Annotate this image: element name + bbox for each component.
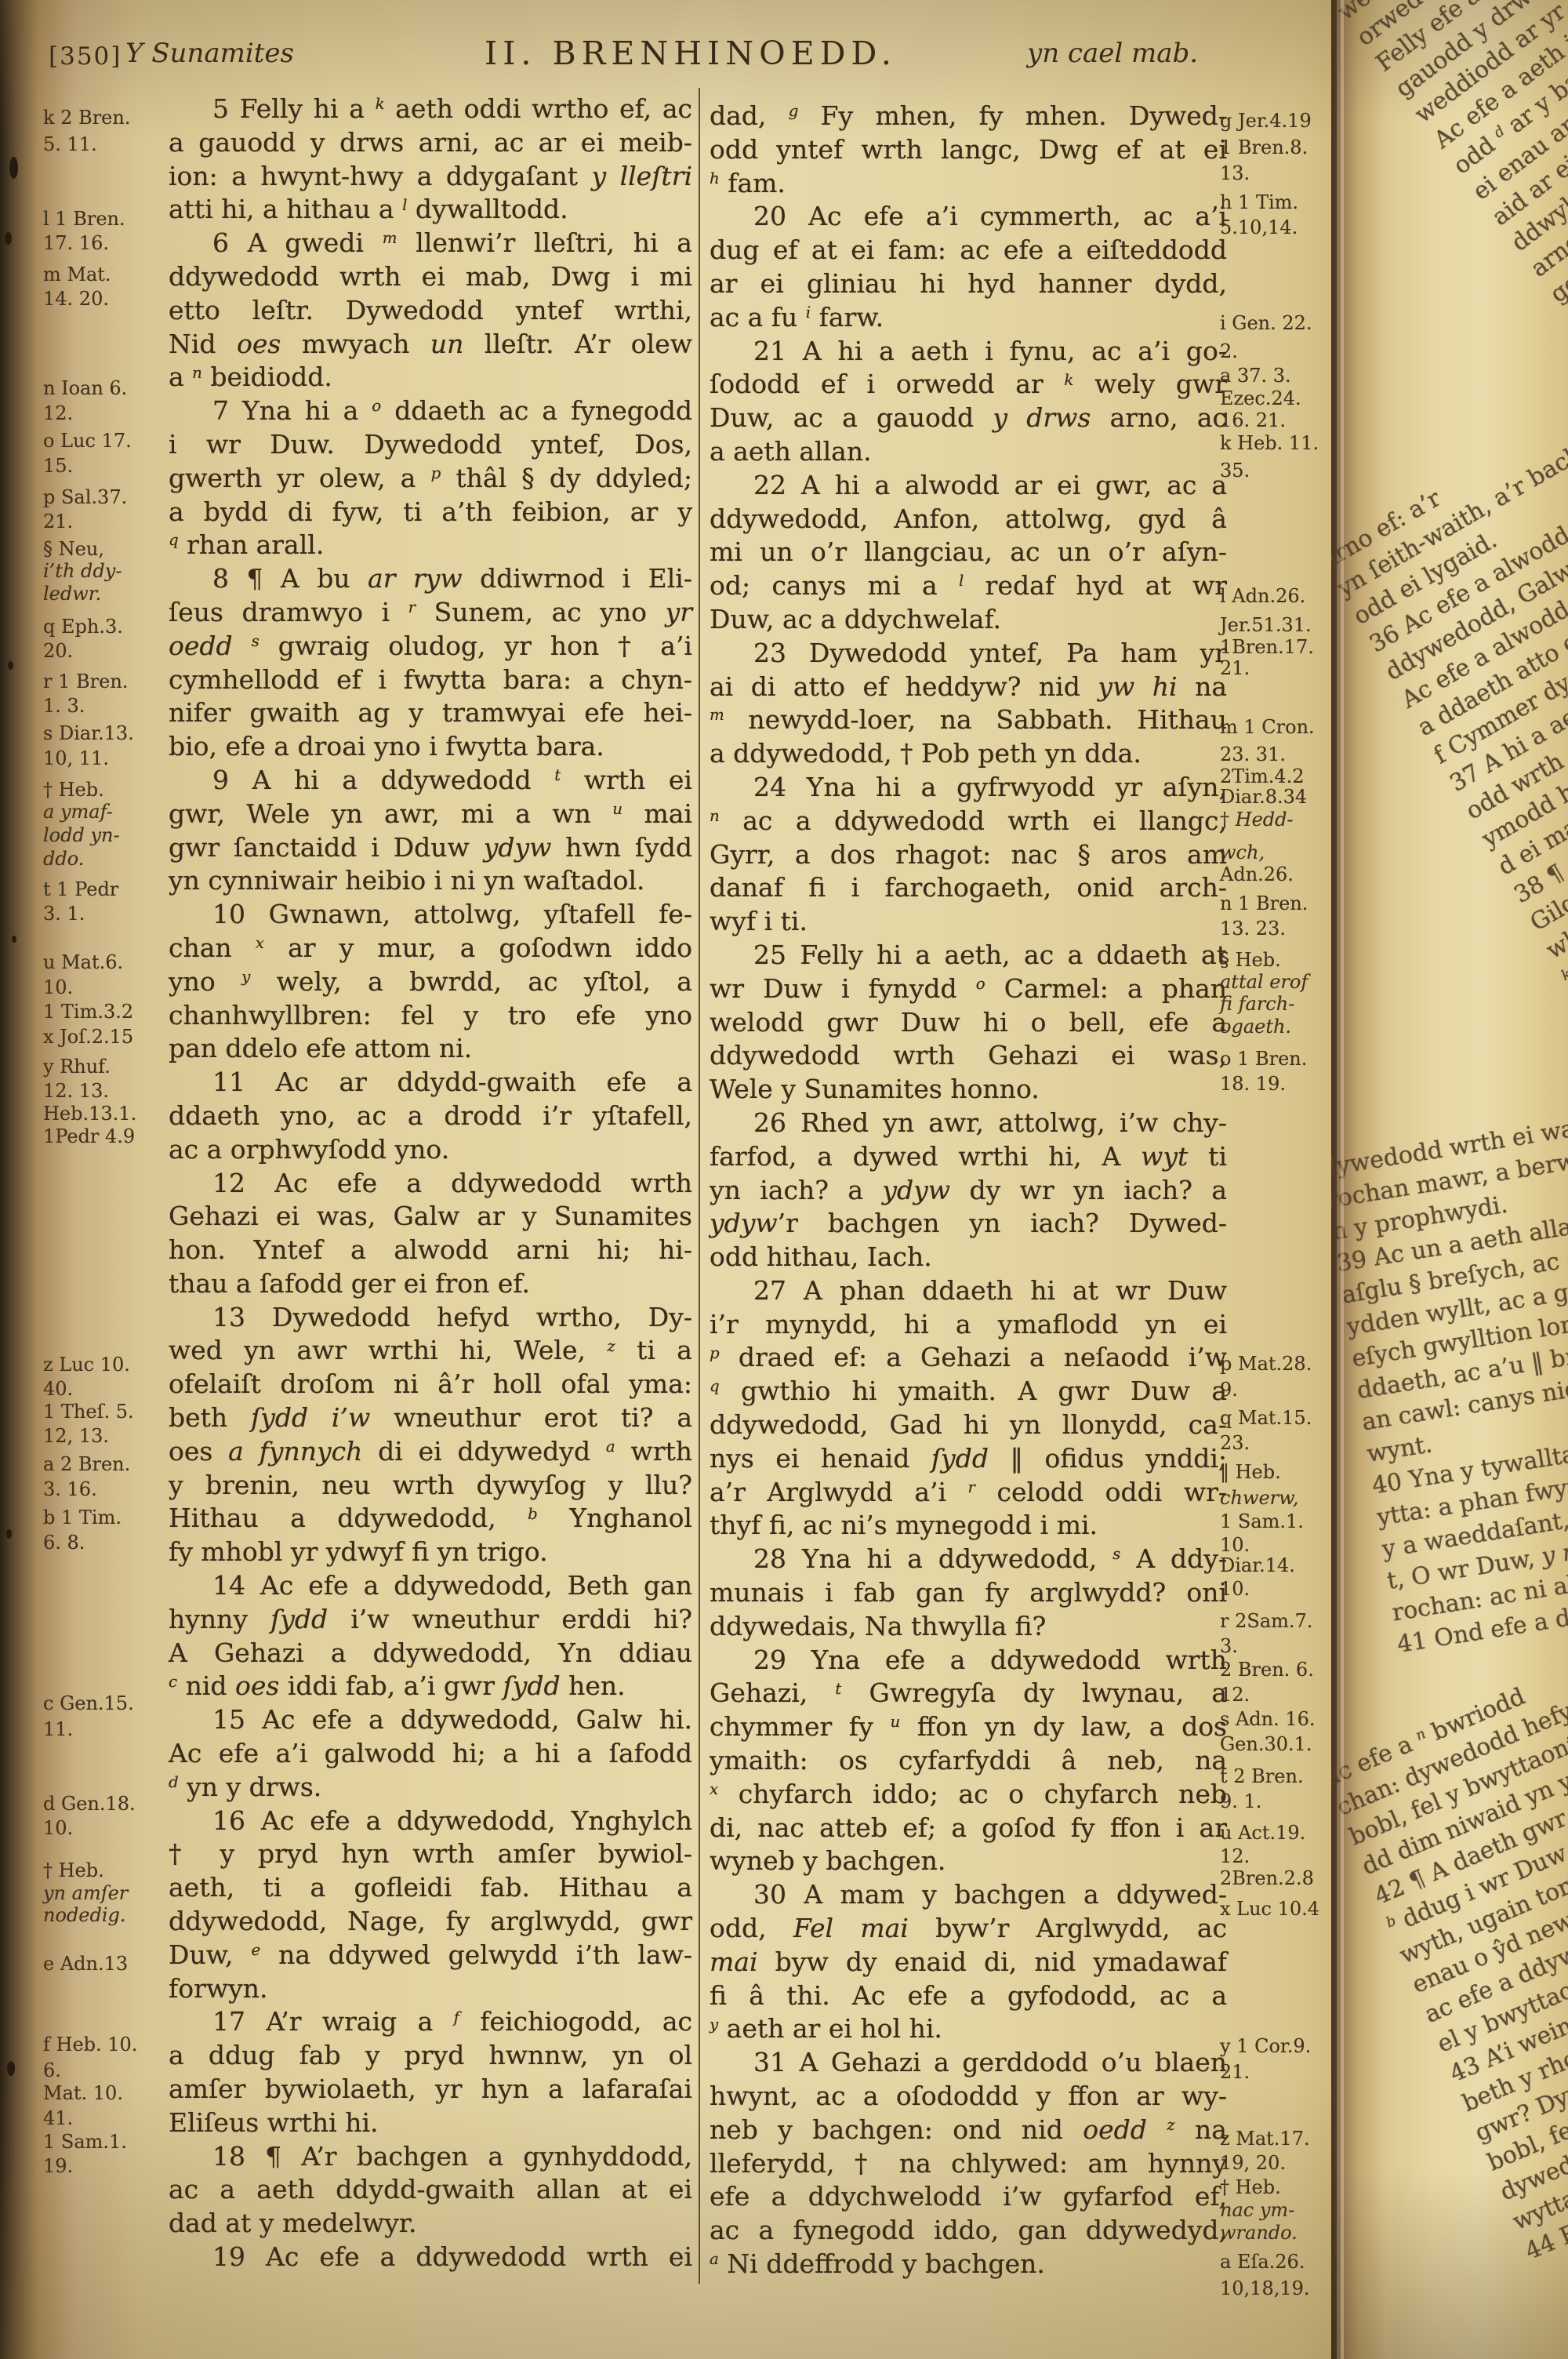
text-line: ddywedodd, Gad hi yn llonydd, ca- [710,1408,1227,1442]
text-line: q rhan arall. [169,529,692,562]
margin-note: h 1 Tim. [1220,193,1298,212]
margin-note: r 1 Bren. [43,672,128,691]
margin-note: 2. [1220,342,1238,361]
margin-note: 1Bren.17. [1220,638,1314,656]
text-line: 25 Felly hi a aeth, ac a ddaeth at [710,939,1227,972]
text-line: ai di atto ef heddyw? nid yw hi na [710,671,1227,704]
text-line: atti hi, a hithau a l dywalltodd. [169,193,692,227]
text-line: A Gehazi a ddywedodd, Yn ddiau [169,1637,692,1670]
margin-note: o Luc 17. [43,431,132,450]
text-line: Nid oes mwyach un lleſtr. A’r olew [169,328,692,362]
text-line: ydyw’r bachgen yn iach? Dywed- [710,1207,1227,1241]
margin-note: yn amſer [43,1884,128,1903]
margin-note: n Ioan 6. [43,379,127,398]
margin-note: 2 Bren. 6. [1220,1660,1314,1679]
text-line: 31 A Gehazi a gerddodd o’u blaen [710,2046,1227,2080]
text-line: 14 Ac efe a ddywedodd, Beth gan [169,1569,692,1603]
text-line: di, nac atteb ef; a goſod fy ffon i ar [710,1812,1227,1845]
text-line: fi â thi. Ac efe a gyfododd, ac a [710,1979,1227,2013]
margin-note: Diar.8.34 [1220,787,1307,806]
margin-note: 12. [1220,1685,1250,1704]
text-line: Eliſeus wrthi hi. [169,2106,692,2140]
folded-page-corner: A phanwele’r bachgenorwedd ar ei wely ef… [1331,0,1568,2359]
margin-note: 10. [1220,1579,1250,1598]
margin-note: ogaeth. [1220,1017,1291,1036]
text-line: 20 Ac efe a’i cymmerth, ac a’i [710,200,1227,234]
text-line: 29 Yna efe a ddywedodd wrth [710,1644,1227,1677]
margin-note: u Mat.6. [43,953,123,972]
text-line: efe a ddychwelodd i’w gyfarfod ef, [710,2180,1227,2214]
text-line: pan ddelo efe attom ni. [169,1032,692,1066]
margin-note: 10. [43,978,73,997]
text-line: i’r mynydd, hi a ymaflodd yn ei [710,1308,1227,1342]
text-line: Gehazi, t Gwregyſa dy lwynau, a [710,1677,1227,1710]
margin-note: 41. [43,2109,73,2128]
margin-note: † Heb. [43,780,104,799]
margin-note: q Mat.15. [1220,1408,1312,1427]
margin-note: nodedig. [43,1906,126,1925]
margin-note: b 1 Tim. [43,1508,122,1527]
text-line: odd, Fel mai byw’r Arglwydd, ac [710,1912,1227,1946]
margin-note: 17. 16. [43,234,109,253]
margin-note: § Neu, [43,540,104,558]
margin-note: l 1 Bren. [43,209,125,228]
text-line: forwyn. [169,1972,692,2006]
text-line: 13 Dywedodd hefyd wrtho, Dy- [169,1301,692,1335]
margin-note: 23. [1220,1434,1250,1452]
text-line: Gehazi ei was, Galw ar y Sunamites [169,1200,692,1234]
text-line: mi un o’r llangciau, ac un o’r aſyn- [710,536,1227,569]
margin-note: n 1 Bren. [1220,894,1308,913]
text-line: wr Duw i fynydd o Carmel: a phan [710,972,1227,1006]
text-line: Gyrr, a dos rhagot: nac § aros am [710,838,1227,872]
margin-note: 3. 1. [43,904,85,923]
curled-page-text-block: arno ef: a’ryn ſeith-waith, a’r bachgeod… [1331,282,1568,994]
text-line: 26 Rhed yn awr, attolwg, i’w chy- [710,1107,1227,1140]
text-line: ddywedodd, Anfon, attolwg, gyd â [710,503,1227,536]
margin-note: 10,18,19. [1220,2279,1310,2298]
text-column-2: dad, g Fy mhen, fy mhen. Dywed-odd yntef… [710,100,1227,2281]
text-line: dad at y medelwyr. [169,2207,692,2241]
margin-note: e Adn.13 [43,1954,128,1973]
text-line: etto leſtr. Dywedodd yntef wrthi, [169,294,692,328]
margin-note: u Act.19. [1220,1823,1305,1842]
ink-speck [6,1529,12,1539]
text-line: thau a ſafodd ger ei fron ef. [169,1267,692,1301]
text-line: nifer gwaith ag y tramwyai efe hei- [169,696,692,730]
margin-note: † Heb. [1220,2178,1281,2197]
text-line: † y pryd hyn wrth amſer bywiol- [169,1837,692,1871]
text-line: cymhellodd ef i fwytta bara: a chyn- [169,663,692,697]
text-line: c nid oes iddi fab, a’i gwr ſydd hen. [169,1670,692,1703]
left-margin-references: k 2 Bren.5. 11.l 1 Bren.17. 16.m Mat.14.… [43,0,167,2359]
text-line: Wele y Sunamites honno. [710,1073,1227,1107]
book-title: II. BRENHINOEDD. [485,35,897,72]
margin-note: 21. [1220,659,1250,678]
text-line: 8 ¶ A bu ar ryw ddiwrnod i Eli- [169,562,692,596]
margin-note: 14. 20. [43,289,109,308]
margin-note: 1 Theſ. 5. [43,1402,134,1421]
margin-note: a 2 Bren. [43,1455,130,1474]
text-line: ac a orphwyſodd yno. [169,1133,692,1167]
text-line: y brenin, neu wrth dywyſog y llu? [169,1469,692,1503]
margin-note: k Heb. 11. [1220,434,1319,453]
margin-note: m Mat. [43,265,111,284]
margin-note: q Eph.3. [43,617,123,636]
text-line: dad, g Fy mhen, fy mhen. Dywed- [710,100,1227,133]
text-line: hon. Yntef a alwodd arni hi; hi- [169,1234,692,1267]
margin-note: 23. 31. [1220,745,1286,764]
margin-note: 20. [43,642,73,660]
margin-note: 12. 13. [43,1081,109,1100]
text-line: x chyfarch iddo; ac o chyfarch neb [710,1778,1227,1812]
text-line: 24 Yna hi a gyfrwyodd yr aſyn, [710,771,1227,805]
margin-note: 1 Sam.1. [43,2132,127,2151]
text-line: a’r Arglwydd a’i r celodd oddi wr- [710,1476,1227,1510]
margin-note: i Gen. 22. [1220,314,1312,333]
text-line: a Ni ddeffrodd y bachgen. [710,2248,1227,2281]
margin-note: 1 Sam.1. [1220,1512,1304,1531]
text-line: Duw, ac a ddychwelaf. [710,603,1227,637]
margin-note: 3. 16. [43,1480,97,1499]
margin-note: 19, 20. [1220,2154,1286,2172]
text-line: ddywedais, Na thwylla fi? [710,1610,1227,1644]
text-line: hynny ſydd i’w wneuthur erddi hi? [169,1603,692,1637]
margin-note: § Heb. [1220,951,1281,969]
margin-note: Heb.13.1. [43,1104,136,1123]
margin-note: r 2Sam.7. [1220,1612,1312,1630]
text-line: a aeth allan. [710,435,1227,469]
margin-note: 21. [43,512,73,531]
margin-note: d Gen.18. [43,1794,136,1813]
text-line: ar ei gliniau hi hyd hanner dydd, [710,267,1227,301]
margin-note: 10. [1220,1536,1250,1554]
text-line: oes a fynnych di ei ddywedyd a wrth [169,1435,692,1469]
margin-note: 1 Tim.3.2 [43,1002,133,1021]
text-line: a ddywedodd, † Pob peth yn dda. [710,737,1227,771]
text-line: yn iach? a ydyw dy wr yn iach? a [710,1174,1227,1208]
margin-note: a Eſa.26. [1220,2252,1305,2271]
text-line: hwynt, ac a oſododdd y ffon ar wy- [710,2080,1227,2114]
margin-note: 5. 11. [43,135,97,154]
text-line: ddywedodd wrth Gehazi ei was, [710,1039,1227,1073]
margin-note: 12. [43,404,73,423]
curled-page-text-block: A phanwele’r bachgenorwedd ar ei wely ef… [1331,0,1568,413]
column-divider-rule [699,88,700,2284]
text-line: 11 Ac ar ddydd-gwaith efe a [169,1066,692,1100]
text-line: a n beidiodd. [169,361,692,394]
text-line: yno y wely, a bwrdd, ac yſtol, a [169,965,692,999]
margin-note: attal erof [1220,972,1308,991]
text-line: ac a fu i farw. [710,301,1227,335]
margin-note: p Sal.37. [43,488,127,507]
text-line: 21 A hi a aeth i fynu, ac a’i go- [710,335,1227,369]
margin-note: 18. 19. [1220,1074,1286,1093]
text-line: p draed ef: a Gehazi a neſaodd i’w [710,1341,1227,1375]
margin-note: 21. [1220,2063,1250,2081]
margin-note: fi farch- [1220,994,1294,1013]
text-line: Hithau a ddywedodd, b Ynghanol [169,1502,692,1536]
text-line: n ac a ddywedodd wrth ei llangc, [710,805,1227,838]
text-line: m newydd-loer, na Sabbath. Hithau [710,703,1227,737]
margin-note: 13. 23. [1220,919,1286,938]
margin-note: ledwr. [43,584,101,603]
margin-note: 15. [43,456,73,475]
margin-note: a 37. 3. [1220,366,1291,385]
margin-note: t 2 Bren. [1220,1767,1304,1786]
scanned-book-page: { "colors":{"paper":"#e2d2a0","ink":"#3a… [0,0,1568,2359]
text-line: 18 ¶ A’r bachgen a gynhyddodd, [169,2140,692,2174]
text-line: ion: a hwynt-hwy a ddygaſant y lleſtri [169,160,692,194]
margin-note: Adn.26. [1220,865,1294,884]
margin-note: k 2 Bren. [43,108,130,127]
text-line: 30 A mam y bachgen a ddywed- [710,1878,1227,1912]
margin-note: 2Bren.2.8 [1220,1869,1314,1888]
text-line: fy mhobl yr ydwyf fi yn trigo. [169,1536,692,1569]
text-line: thyf fi, ac ni’s mynegodd i mi. [710,1509,1227,1543]
text-line: farfod, a dywed wrthi hi, A wyt ti [710,1140,1227,1174]
book-page: [350] Y Sunamites II. BRENHINOEDD. yn ca… [0,0,1568,2359]
margin-note: 12, 13. [43,1427,109,1445]
margin-note: 2Tim.4.2 [1220,767,1305,786]
text-line: 12 Ac efe a ddywedodd wrth [169,1167,692,1201]
text-line: 22 A hi a alwodd ar ei gwr, ac a [710,469,1227,503]
text-line: oedd s gwraig oludog, yr hon † a’i [169,630,692,663]
text-line: aeth, ti a gofleidi fab. Hithau a [169,1871,692,1905]
curled-page-text-block: ac efe a n bwrioddchan: dywedodd hefyd, … [1331,1556,1568,2267]
margin-note: l Adn.26. [1220,587,1305,605]
margin-note: p Mat.28. [1220,1354,1312,1373]
text-line: ddywedodd, Nage, fy arglwydd, gwr [169,1905,692,1939]
text-line: ofelaiſt droſom ni â’r holl ofal yma: [169,1368,692,1401]
text-line: a gauodd y drws arni, ac ar ei meib- [169,126,692,160]
text-line: chymmer fy u ffon yn dy law, a dos [710,1710,1227,1744]
text-line: Ac efe a’i galwodd hi; a hi a ſafodd [169,1737,692,1771]
margin-note: i’th ddy- [43,562,122,580]
text-line: q gwthio hi ymaith. A gwr Duw a [710,1375,1227,1408]
text-line: 27 A phan ddaeth hi at wr Duw [710,1274,1227,1308]
margin-note: wch, [1220,843,1265,862]
margin-note: 1. 3. [43,696,85,715]
margin-note: 12. [1220,1847,1250,1866]
margin-note: 9. 1. [1220,1792,1261,1811]
margin-note: † Hedd- [1220,810,1294,829]
margin-note: 5.10,14. [1220,218,1298,237]
margin-note: Diar.14. [1220,1556,1295,1575]
text-line: 5 Felly hi a k aeth oddi wrtho ef, ac [169,93,692,126]
margin-note: 1Pedr 4.9 [43,1127,135,1146]
text-line: 15 Ac efe a ddywedodd, Galw hi. [169,1703,692,1737]
text-line: ac a fynegodd iddo, gan ddywedyd, [710,2214,1227,2248]
text-line: wed yn awr wrthi hi, Wele, z ti a [169,1334,692,1368]
margin-note: t 1 Pedr [43,880,118,899]
text-line: od; canys mi a l redaf hyd at wr [710,569,1227,603]
text-line: d yn y drws. [169,1771,692,1805]
text-line: ſeus dramwyo i r Sunem, ac yno yr [169,596,692,630]
text-line: chanhwyllbren: fel y tro efe yno [169,999,692,1033]
text-line: amſer bywiolaeth, yr hyn a lafaraſai [169,2073,692,2106]
margin-note: 11. [43,1720,73,1739]
margin-note: 19. [43,2157,73,2175]
text-line: munais i fab gan fy arglwydd? oni [710,1576,1227,1610]
text-line: 9 A hi a ddywedodd t wrth ei [169,764,692,798]
text-line: 16 Ac efe a ddywedodd, Ynghylch [169,1805,692,1838]
text-line: danaf fi i farchogaeth, onid arch- [710,871,1227,905]
margin-note: 16. 21. [1220,411,1286,430]
text-column-1: 5 Felly hi a k aeth oddi wrtho ef, aca g… [169,93,692,2274]
margin-note: 3. [1220,1637,1238,1656]
margin-note: Ezec.24. [1220,389,1301,408]
margin-note: z Mat.17. [1220,2129,1310,2148]
margin-note: 35. [1220,461,1250,480]
margin-note: x Luc 10.4 [1220,1899,1319,1918]
text-line: welodd gwr Duw hi o bell, efe a [710,1006,1227,1040]
margin-note: Mat. 10. [43,2084,123,2103]
margin-note: chwerw, [1220,1488,1298,1507]
text-line: a ddug fab y pryd hwnnw, yn ol [169,2039,692,2073]
text-line: 7 Yna hi a o ddaeth ac a fynegodd [169,394,692,428]
margin-note: m 1 Cron. [1220,718,1315,736]
text-line: gwr ſanctaidd i Dduw ydyw hwn ſydd [169,831,692,865]
margin-note: 40. [43,1379,73,1398]
text-line: i wr Duw. Dywedodd yntef, Dos, [169,428,692,462]
text-line: Duw, e na ddywed gelwydd i’th law- [169,1939,692,1972]
text-line: wyf i ti. [710,905,1227,939]
text-line: ac a aeth ddydd-gwaith allan at ei [169,2173,692,2207]
text-line: h fam. [710,167,1227,201]
text-line: 23 Dywedodd yntef, Pa ham yr [710,637,1227,671]
text-line: 17 A’r wraig a f feichiogodd, ac [169,2005,692,2039]
margin-note: y Rhuf. [43,1057,111,1076]
margin-note: y 1 Cor.9. [1220,2037,1311,2055]
margin-note: g Jer.4.19 [1220,111,1312,130]
margin-note: lodd yn- [43,826,120,845]
right-margin-references: g Jer.4.191 Bren.8.13.h 1 Tim.5.10,14.i … [1220,0,1334,2359]
text-line: ſododd ef i orwedd ar k wely gwr [710,368,1227,402]
text-line: yn cynniwair heibio i ni yn waſtadol. [169,864,692,898]
margin-note: 6. 8. [43,1533,85,1552]
margin-note: Jer.51.31. [1220,616,1312,634]
text-line: gwr, Wele yn awr, mi a wn u mai [169,798,692,831]
margin-note: o 1 Bren. [1220,1049,1307,1068]
text-line: y aeth ar ei hol hi. [710,2012,1227,2046]
text-line: dug ef at ei fam: ac efe a eiſteddodd [710,234,1227,267]
text-line: ddywedodd wrth ei mab, Dwg i mi [169,260,692,294]
text-line: neb y bachgen: ond nid oedd z na [710,2114,1227,2147]
margin-note: wrando. [1220,2223,1298,2242]
ink-speck [12,936,16,943]
margin-note: 10. [43,1819,73,1837]
text-line: chan x ar y mur, a goſodwn iddo [169,932,692,965]
text-line: ddaeth yno, ac a drodd i’r yſtafell, [169,1100,692,1133]
text-line: ymaith: os cyfarfyddi â neb, na [710,1744,1227,1778]
margin-note: 9. [1220,1380,1238,1399]
text-line: odd hithau, Iach. [710,1241,1227,1274]
text-line: wyneb y bachgen. [710,1845,1227,1878]
margin-note: f Heb. 10. [43,2035,137,2054]
margin-note: x Joſ.2.15 [43,1027,133,1046]
text-line: Duw, ac a gauodd y drws arno, ac [710,402,1227,435]
ink-speck [5,232,12,245]
text-line: 10 Gwnawn, attolwg, yſtafell fe- [169,898,692,932]
margin-note: 10, 11. [43,749,109,768]
text-line: 28 Yna hi a ddywedodd, s A ddy- [710,1543,1227,1576]
ink-speck [7,2061,15,2076]
running-title-right: yn cael mab. [1027,38,1198,69]
text-line: beth ſydd i’w wneuthur erot ti? a [169,1401,692,1435]
margin-note: ddo. [43,849,84,868]
text-line: mai byw dy enaid di, nid ymadawaf [710,1946,1227,1979]
text-line: lleferydd, † na chlywed: am hynny [710,2147,1227,2181]
text-line: bio, efe a droai yno i fwytta bara. [169,730,692,764]
margin-note: c Gen.15. [43,1694,134,1713]
margin-note: Gen.30.1. [1220,1735,1312,1754]
margin-note: s Adn. 16. [1220,1710,1316,1728]
text-line: odd yntef wrth langc, Dwg ef at ei [710,133,1227,167]
margin-note: † Heb. [43,1861,104,1880]
margin-note: 13. [1220,164,1250,183]
text-line: nys ei henaid ſydd ‖ ofidus ynddi; [710,1442,1227,1476]
text-line: a bydd di fyw, ti a’th feibion, ar y [169,496,692,529]
text-line: 19 Ac efe a ddywedodd wrth ei [169,2241,692,2274]
margin-note: ‖ Heb. [1220,1463,1281,1481]
margin-note: z Luc 10. [43,1355,130,1374]
margin-note: a ymaf- [43,802,113,821]
curled-page-text-block: dywedodd wrth ei was, Trochan mawr, a be… [1331,1070,1568,1661]
margin-note: s Diar.13. [43,724,134,743]
margin-note: 1 Bren.8. [1220,138,1308,157]
ink-speck [8,661,13,670]
text-line: 6 A gwedi m llenwi’r lleſtri, hi a [169,227,692,260]
margin-note: nac ym- [1220,2201,1294,2219]
text-line: gwerth yr olew, a p thâl § dy ddyled; [169,462,692,496]
ink-speck [9,157,18,179]
margin-note: 6. [43,2061,61,2080]
